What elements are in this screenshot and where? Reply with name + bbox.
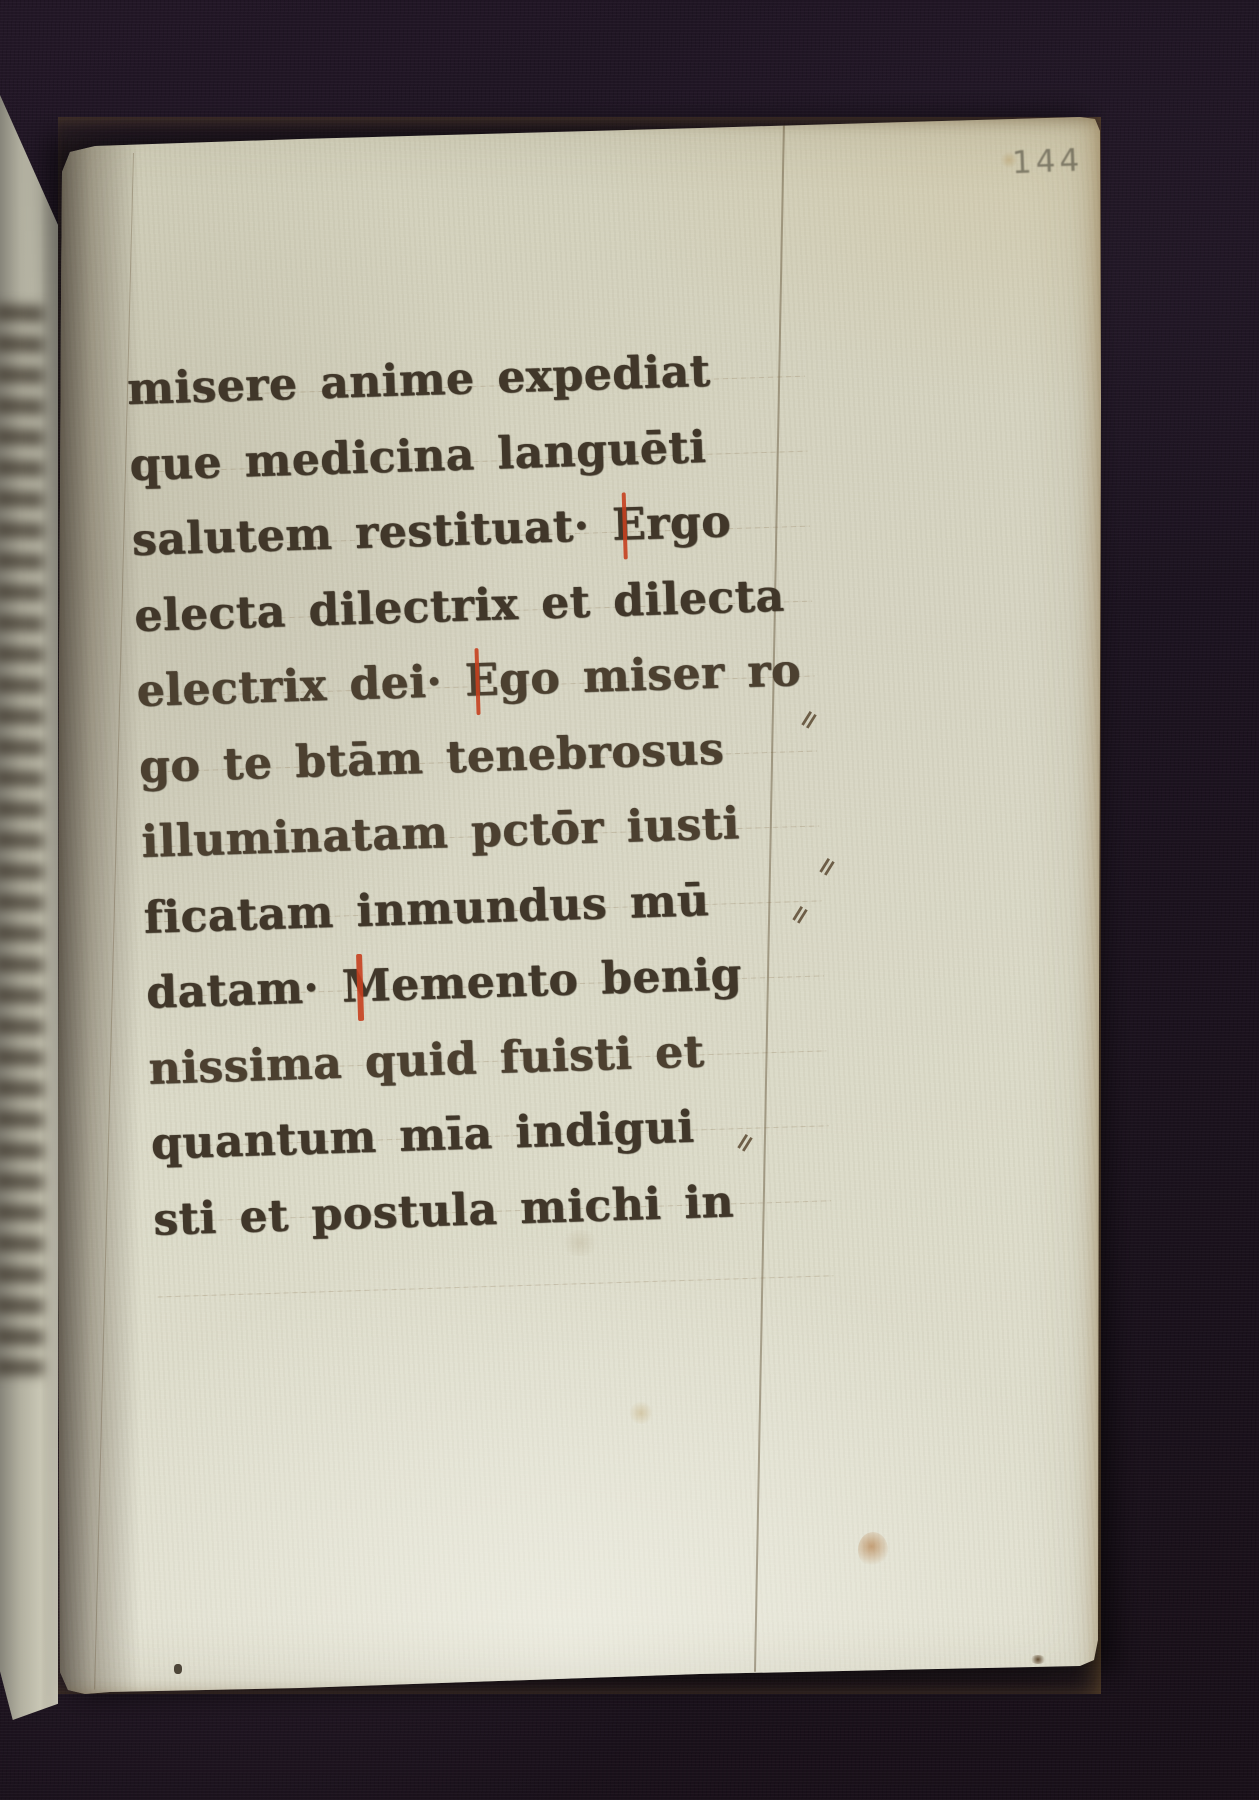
page-edge-shading [58, 117, 1101, 1694]
facing-page-text-blur [0, 295, 44, 1375]
